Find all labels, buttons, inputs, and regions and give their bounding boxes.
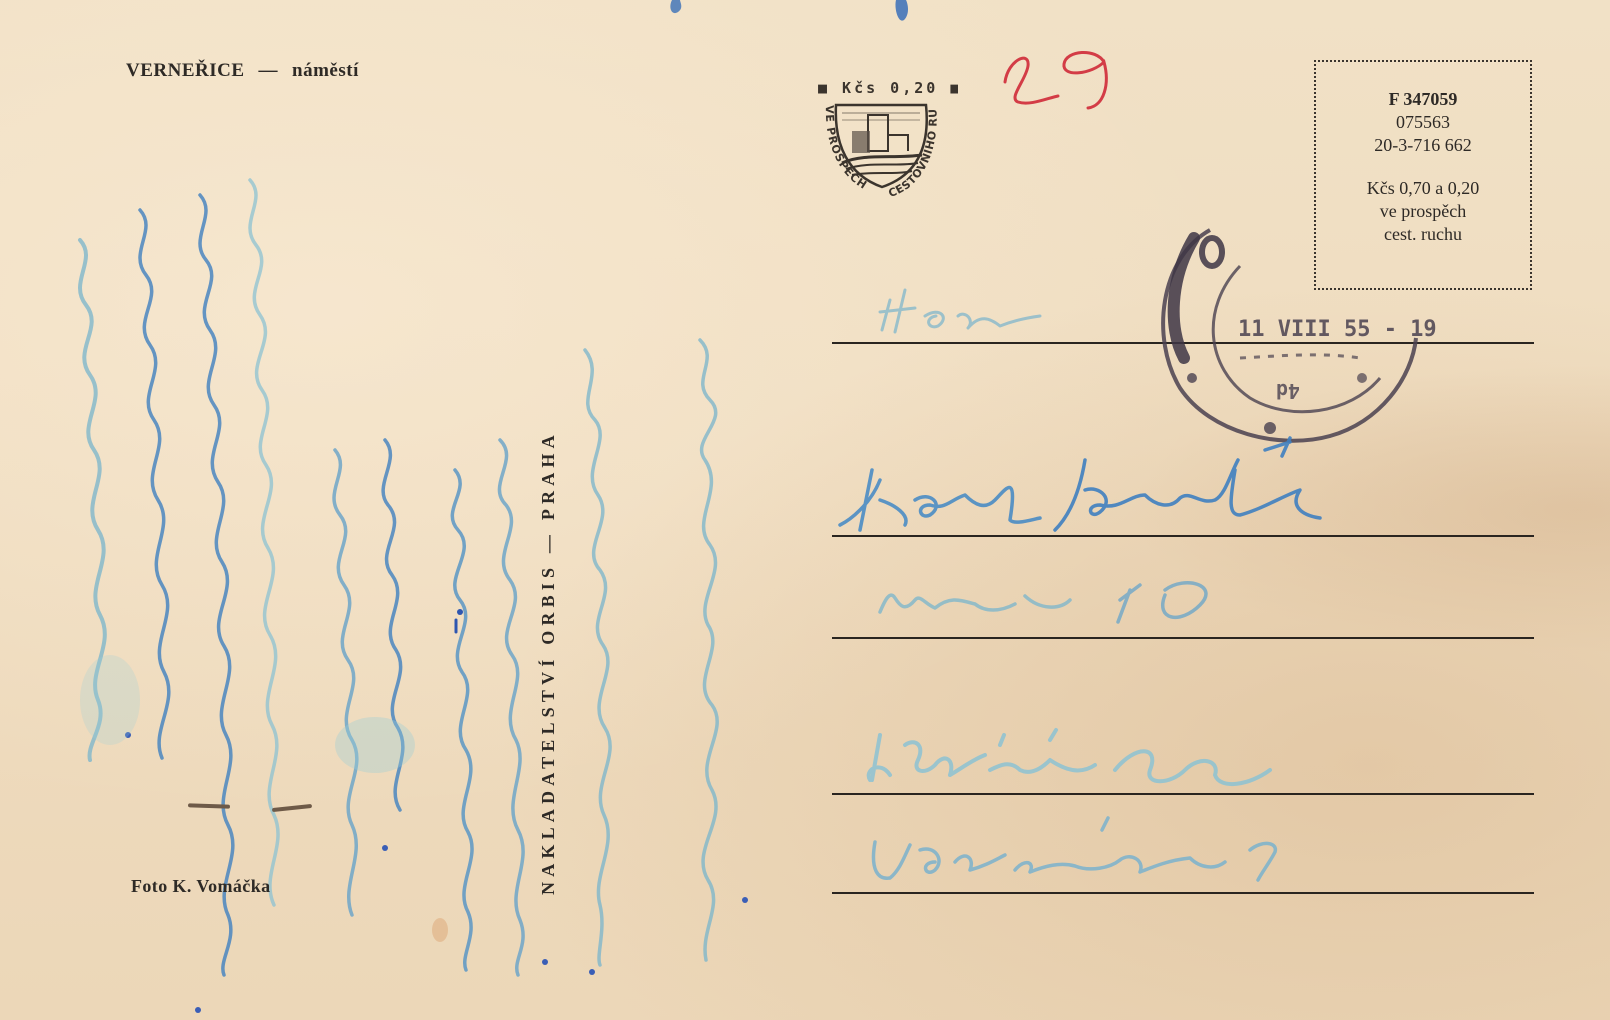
caption: VERNEŘICE—náměstí (126, 60, 359, 82)
staple-left (188, 803, 230, 808)
catalog-line-3: 20-3-716 662 (1316, 134, 1530, 157)
staple-right (272, 804, 312, 812)
catalog-line-2: 075563 (1316, 111, 1530, 134)
postcard-back: VERNEŘICE—náměstí ■ Kčs 0,20 ■ VE PROSPĚ… (0, 0, 1610, 1020)
photo-credit: Foto K. Vomáčka (131, 876, 271, 897)
message-handwriting (80, 0, 908, 1013)
svg-text:11 VIII 55 - 19: 11 VIII 55 - 19 (1238, 317, 1437, 342)
svg-text:■ Kčs 0,20 ■: ■ Kčs 0,20 ■ (818, 79, 958, 97)
address-line-3 (832, 637, 1534, 639)
caption-subject: náměstí (292, 60, 359, 81)
tourism-emblem: ■ Kčs 0,20 ■ VE PROSPĚCH CESTOVNÍHO RUCH… (798, 75, 958, 210)
publisher-imprint: NAKLADATELSTVÍ ORBIS — PRAHA (538, 430, 559, 895)
catalog-line-1: F 347059 (1316, 88, 1530, 111)
address-line-4 (832, 793, 1534, 795)
postmark: 11 VIII 55 - 19 4d (1150, 218, 1440, 458)
svg-text:4d: 4d (1276, 379, 1300, 403)
pencil-number-29 (1000, 40, 1120, 110)
address-line-5 (832, 892, 1534, 894)
caption-place: VERNEŘICE (126, 60, 245, 81)
address-line-2 (832, 535, 1534, 537)
price-line: Kčs 0,70 a 0,20 (1316, 177, 1530, 200)
caption-dash: — (259, 60, 279, 81)
